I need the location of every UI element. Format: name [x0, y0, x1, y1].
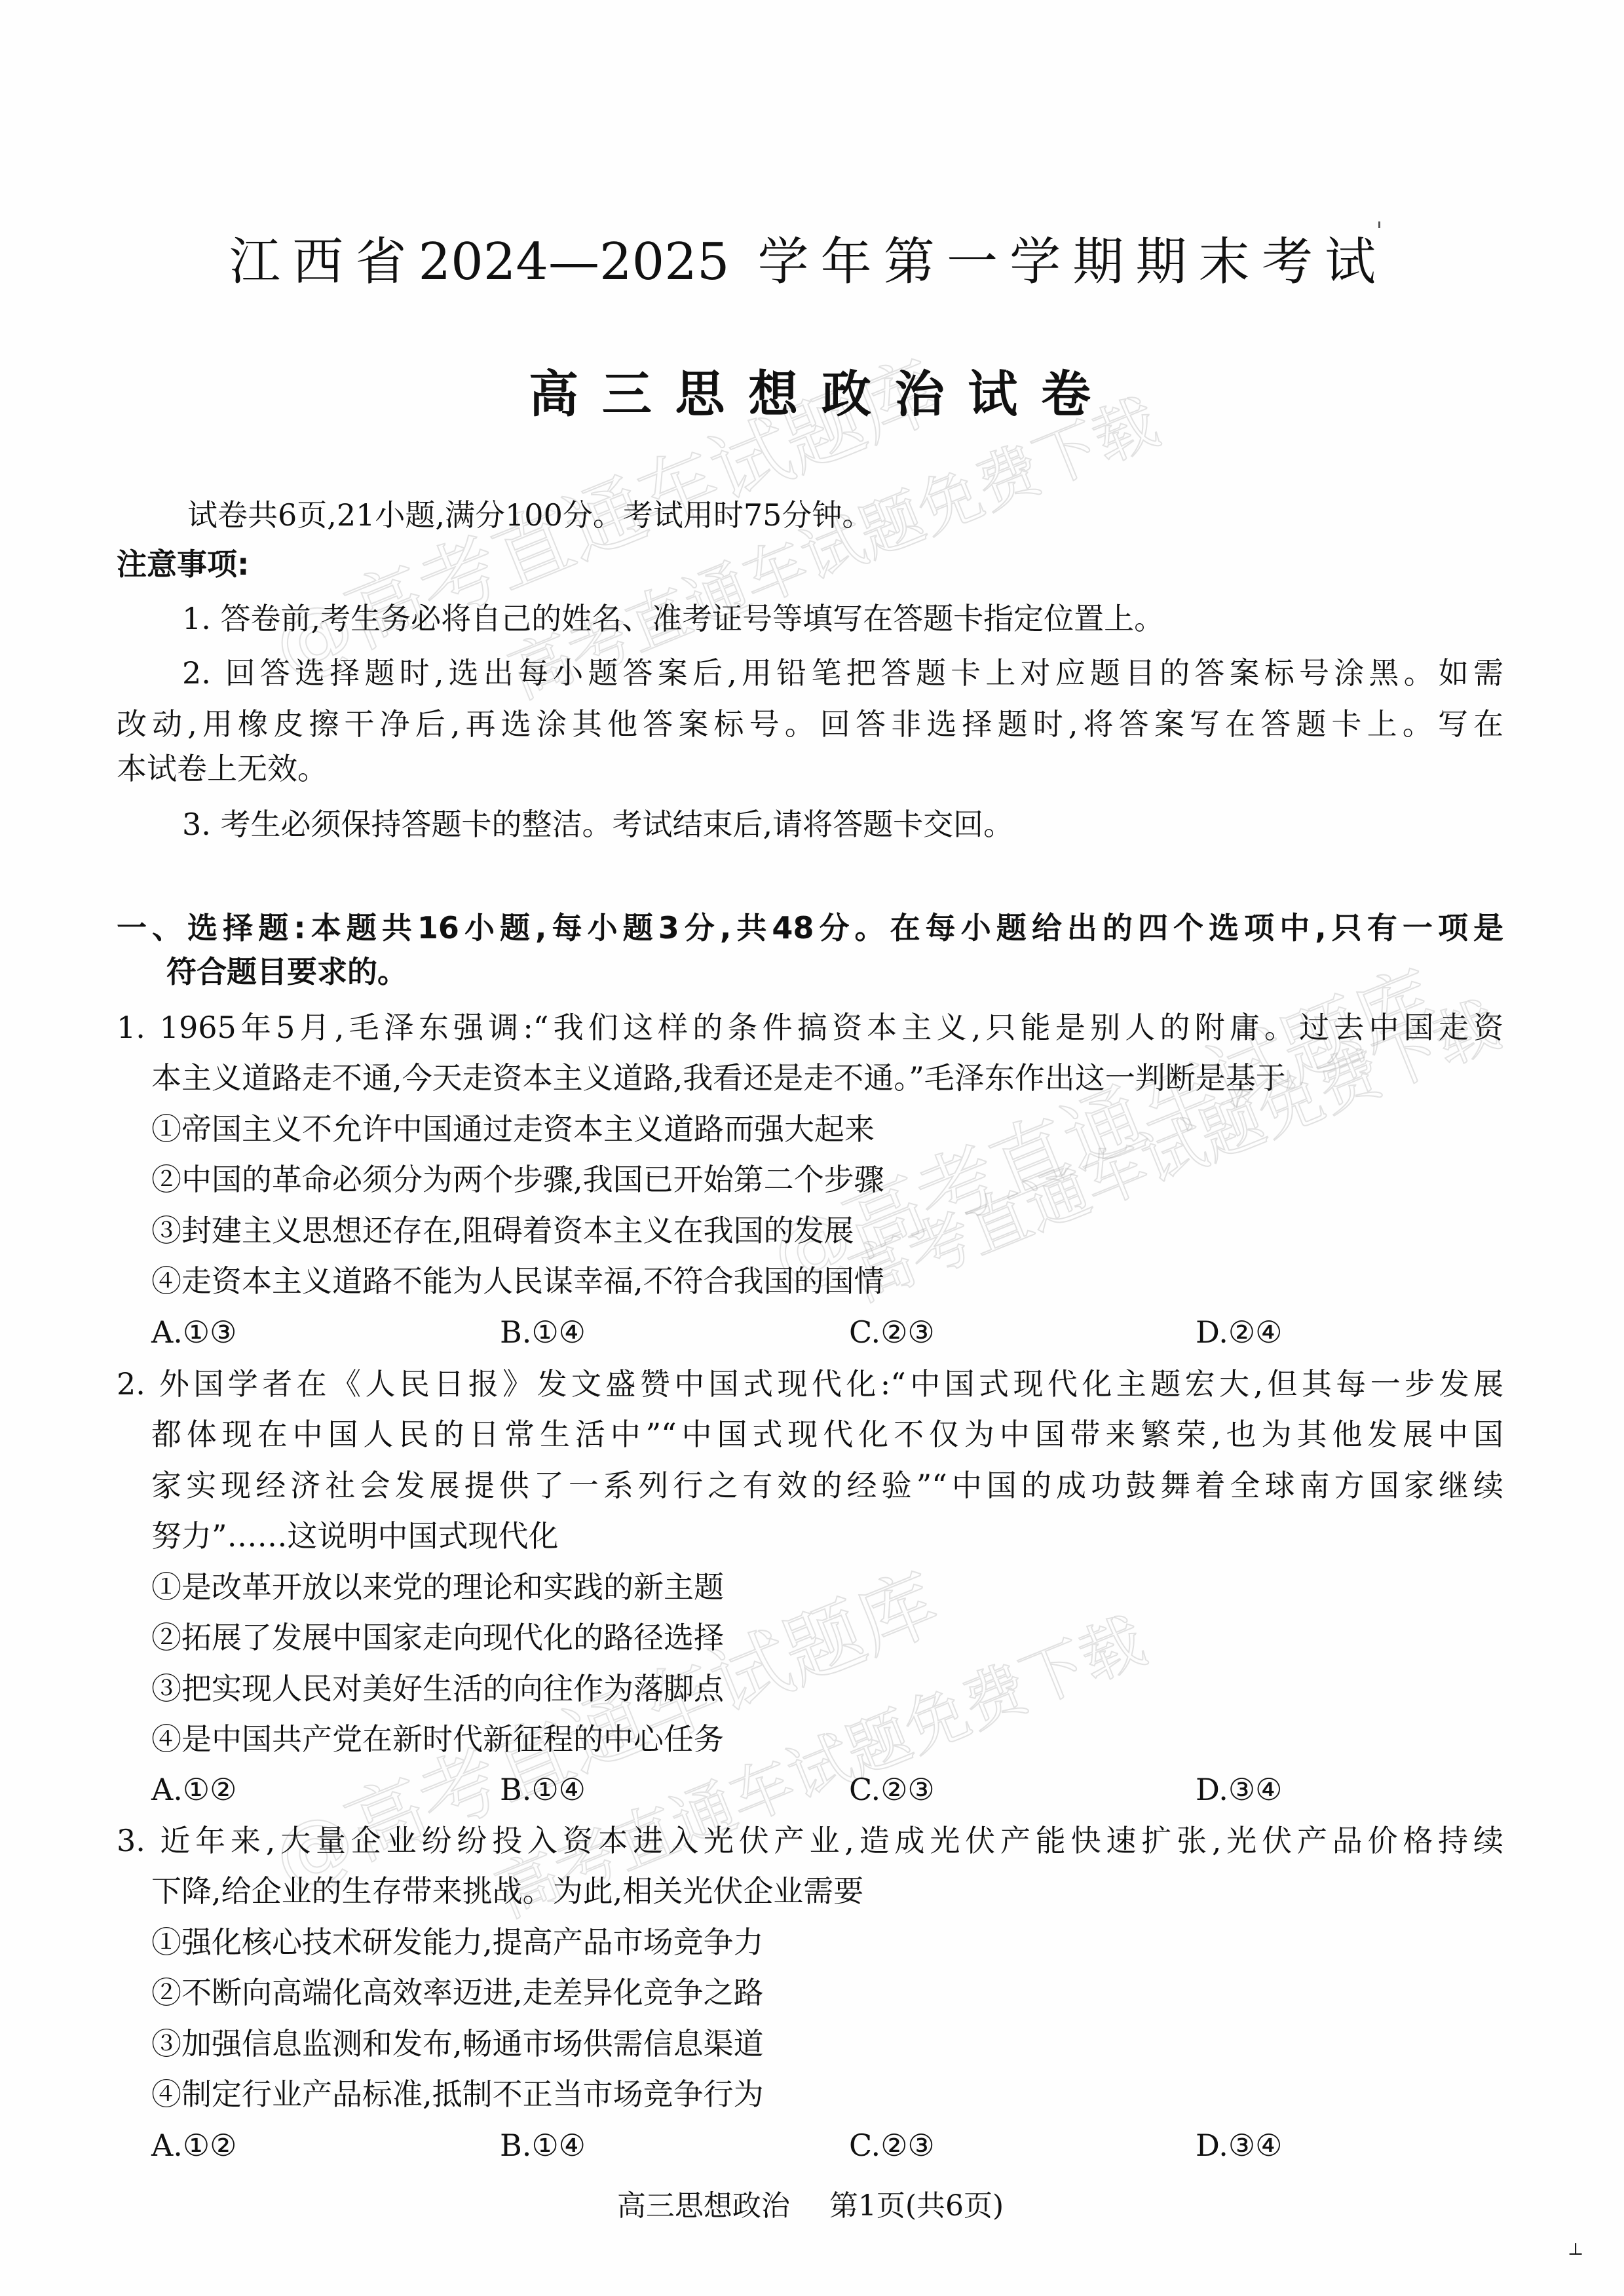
option-value: ①② [183, 2128, 236, 2163]
answer-options: A.①③ B.①④ C.②③ D.②④ [0, 1307, 1624, 1358]
option-label: D. [1196, 1314, 1228, 1350]
footer-subject: 高三思想政治 [617, 2189, 790, 2223]
scan-artifact [1378, 221, 1380, 228]
statement-1: ①帝国主义不允许中国通过走资本主义道路而强大起来 [151, 1103, 875, 1155]
option-label: A. [151, 1314, 183, 1350]
statement-3: ③封建主义思想还存在,阻碍着资本主义在我国的发展 [151, 1205, 854, 1256]
footer-page-number: 第1页(共6页) [829, 2189, 1004, 2223]
option-value: ②③ [880, 1314, 934, 1350]
statement-1: ①强化核心技术研发能力,提高产品市场竞争力 [151, 1917, 764, 1968]
option-b[interactable]: B.①④ [500, 2120, 586, 2171]
option-value: ①④ [531, 2128, 585, 2163]
page-footer: 高三思想政治第1页(共6页) [571, 2185, 1049, 2227]
option-value: ③④ [1228, 2128, 1282, 2163]
note-item-3: 3. 考生必须保持答题卡的整洁。考试结束后,请将答题卡交回。 [182, 799, 1013, 850]
option-value: ②④ [1228, 1314, 1282, 1350]
option-d[interactable]: D.③④ [1196, 1764, 1282, 1815]
option-c[interactable]: C.②③ [849, 1307, 935, 1358]
statement-4: ④制定行业产品标准,抵制不正当市场竞争行为 [151, 2069, 764, 2120]
statement-2: ②中国的革命必须分为两个步骤,我国已开始第二个步骤 [151, 1154, 884, 1205]
option-label: A. [151, 1772, 183, 1807]
option-a[interactable]: A.①② [151, 1764, 236, 1815]
answer-options: A.①② B.①④ C.②③ D.③④ [0, 2120, 1624, 2171]
note-item-1: 1. 答卷前,考生务必将自己的姓名、准考证号等填写在答题卡指定位置上。 [182, 593, 1164, 644]
statement-4: ④走资本主义道路不能为人民谋幸福,不符合我国的国情 [151, 1255, 884, 1307]
option-d[interactable]: D.②④ [1196, 1307, 1282, 1358]
statement-3: ③把实现人民对美好生活的向往作为落脚点 [151, 1663, 724, 1714]
option-label: C. [849, 2128, 880, 2163]
option-value: ①④ [531, 1772, 585, 1807]
question-stem: 本主义道路走不通,今天走资本主义道路,我看还是走不通。”毛泽东作出这一判断是基于 [151, 1052, 1286, 1103]
note-item-2-cont: 本试卷上无效。 [117, 743, 328, 794]
option-label: C. [849, 1772, 880, 1807]
option-value: ①④ [531, 1314, 585, 1350]
question-stem: 下降,给企业的生存带来挑战。为此,相关光伏企业需要 [151, 1865, 863, 1917]
option-b[interactable]: B.①④ [500, 1764, 586, 1815]
option-value: ③④ [1228, 1772, 1282, 1807]
option-label: A. [151, 2128, 183, 2163]
note-item-2: 2. 回答选择题时,选出每小题答案后,用铅笔把答题卡上对应题目的答案标号涂黑。如… [182, 647, 1503, 698]
question-stem: 2. 外国学者在《人民日报》发文盛赞中国式现代化:“中国式现代化主题宏大,但其每… [117, 1358, 1503, 1409]
question-stem: 都体现在中国人民的日常生活中”“中国式现代化不仅为中国带来繁荣,也为其他发展中国 [151, 1409, 1503, 1460]
statement-3: ③加强信息监测和发布,畅通市场供需信息渠道 [151, 2018, 764, 2069]
option-d[interactable]: D.③④ [1196, 2120, 1282, 2171]
option-value: ②③ [880, 2128, 934, 2163]
statement-4: ④是中国共产党在新时代新征程的中心任务 [151, 1713, 724, 1765]
option-label: B. [500, 2128, 531, 2163]
statement-1: ①是改革开放以来党的理论和实践的新主题 [151, 1561, 724, 1613]
option-value: ①② [183, 1772, 236, 1807]
statement-2: ②拓展了发展中国家走向现代化的路径选择 [151, 1612, 724, 1663]
scan-mark-icon: ⊥ [1568, 2241, 1583, 2258]
option-value: ①③ [183, 1314, 236, 1350]
exam-title: 江西省2024—2025 学年第一学期期末考试 [229, 229, 1376, 295]
exam-subtitle: 高三思想政治试卷 [529, 362, 1091, 427]
notes-heading: 注意事项: [117, 539, 249, 590]
option-label: B. [500, 1314, 531, 1350]
option-c[interactable]: C.②③ [849, 2120, 935, 2171]
option-label: C. [849, 1314, 880, 1350]
option-a[interactable]: A.①③ [151, 1307, 236, 1358]
option-label: B. [500, 1772, 531, 1807]
exam-page: @高考直通车试题库 高考直通车试题免费下载 @高考直通车试题库 高考直通车试题免… [0, 0, 1624, 2296]
option-b[interactable]: B.①④ [500, 1307, 586, 1358]
exam-info: 试卷共6页,21小题,满分100分。考试用时75分钟。 [187, 489, 872, 541]
question-stem: 1. 1965年5月,毛泽东强调:“我们这样的条件搞资本主义,只能是别人的附庸。… [117, 1002, 1503, 1053]
note-item-2-cont: 改动,用橡皮擦干净后,再选涂其他答案标号。回答非选择题时,将答案写在答题卡上。写… [117, 698, 1503, 750]
option-label: D. [1196, 1772, 1228, 1807]
section-heading-cont: 符合题目要求的。 [166, 946, 407, 997]
statement-2: ②不断向高端化高效率迈进,走差异化竞争之路 [151, 1967, 764, 2018]
question-stem: 3. 近年来,大量企业纷纷投入资本进入光伏产业,造成光伏产能快速扩张,光伏产品价… [117, 1815, 1503, 1866]
answer-options: A.①② B.①④ C.②③ D.③④ [0, 1764, 1624, 1815]
option-a[interactable]: A.①② [151, 2120, 236, 2171]
option-value: ②③ [880, 1772, 934, 1807]
option-c[interactable]: C.②③ [849, 1764, 935, 1815]
question-stem: 努力”……这说明中国式现代化 [151, 1510, 559, 1561]
question-stem: 家实现经济社会发展提供了一系列行之有效的经验”“中国的成功鼓舞着全球南方国家继续 [151, 1460, 1503, 1511]
option-label: D. [1196, 2128, 1228, 2163]
